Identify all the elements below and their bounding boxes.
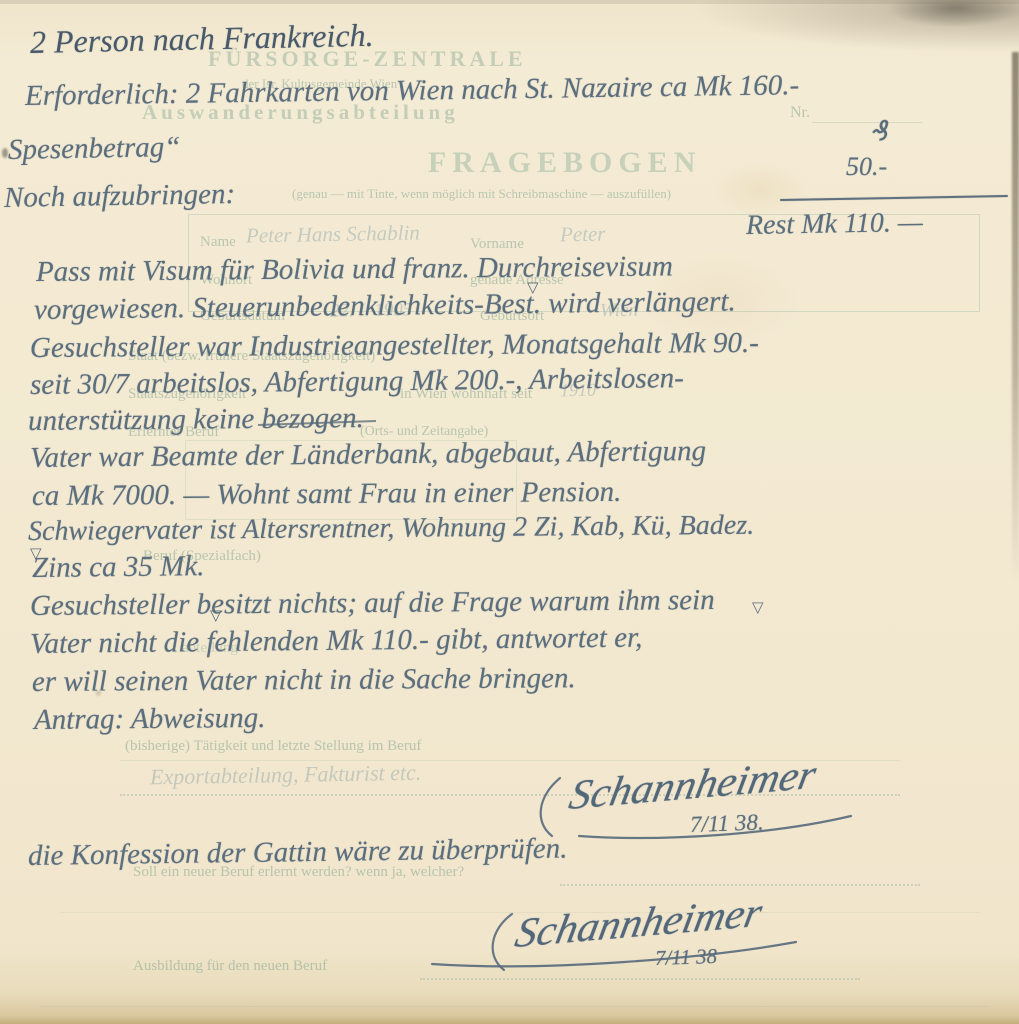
handwritten-body-line: Pass mit Visum für Bolivia und franz. Du… bbox=[36, 250, 673, 289]
signature-2-underline bbox=[428, 938, 800, 970]
handwritten-body-line: Vater nicht die fehlenden Mk 110.- gibt,… bbox=[30, 622, 643, 661]
handwritten-body-line: Gesuchsteller war Industrieangestellter,… bbox=[30, 327, 759, 365]
handwritten-body-line: Schwiegervater ist Altersrentner, Wohnun… bbox=[28, 510, 754, 548]
handwritten-review-note: die Konfession der Gattin wäre zu überpr… bbox=[28, 832, 568, 873]
caret-mark: ▽ bbox=[30, 544, 42, 562]
form-subtitle: (genau — mit Tinte, wenn möglich mit Sch… bbox=[292, 186, 671, 202]
scan-edge-top bbox=[0, 0, 1019, 4]
handwritten-body-line: er will seinen Vater nicht in die Sache … bbox=[32, 662, 576, 699]
signature-1-underline bbox=[575, 812, 855, 842]
scanned-document-page: FÜRSORGE-ZENTRALE der Isr. Kultusgemeind… bbox=[0, 0, 1019, 1024]
handwritten-body-line: Gesuchsteller besitzt nichts; auf die Fr… bbox=[30, 584, 715, 623]
signature-flourish bbox=[528, 770, 568, 840]
signature-1: Schannheimer bbox=[565, 751, 820, 820]
form-name-value: Peter Hans Schablin bbox=[246, 220, 420, 248]
form-nr-label: Nr. bbox=[790, 104, 810, 122]
handwritten-antrag-line: Antrag: Abweisung. bbox=[34, 702, 266, 737]
caret-mark: ▽ bbox=[527, 278, 539, 296]
handwritten-body-line: Zins ca 35 Mk. bbox=[32, 550, 205, 585]
form-ausbildung-label: Ausbildung für den neuen Beruf bbox=[133, 958, 327, 975]
handwritten-item2: Spesenbetrag“ bbox=[8, 131, 181, 167]
caret-mark: ▽ bbox=[210, 606, 222, 624]
handwritten-body-line: ca Mk 7000. — Wohnt samt Frau in einer P… bbox=[32, 476, 622, 513]
sum-underline bbox=[780, 195, 1008, 201]
form-vorname-label: Vorname bbox=[470, 236, 524, 253]
handwritten-destination-note: 2 Person nach Frankreich. bbox=[30, 17, 374, 61]
handwritten-pfennig-sign: ₰ bbox=[872, 114, 890, 147]
form-name-label: Name bbox=[200, 234, 236, 251]
handwritten-amount-50: 50.- bbox=[846, 152, 887, 182]
form-title: FRAGEBOGEN bbox=[428, 146, 701, 180]
caret-mark: ▽ bbox=[752, 598, 764, 616]
scan-edge-right bbox=[1012, 52, 1019, 582]
handwritten-required-line: Erforderlich: 2 Fahrkarten von Wien nach… bbox=[25, 69, 800, 113]
form-taetigkeit-label: (bisherige) Tätigkeit und letzte Stellun… bbox=[125, 738, 421, 755]
handwritten-rest-line: Rest Mk 110. — bbox=[746, 207, 923, 242]
handwritten-body-line: seit 30/7 arbeitslos, Abfertigung Mk 200… bbox=[30, 362, 684, 402]
form-vorname-value: Peter bbox=[560, 222, 606, 248]
handwritten-body-line: Vater war Beamte der Länderbank, abgebau… bbox=[30, 435, 706, 475]
handwritten-raise-label: Noch aufzubringen: bbox=[4, 178, 236, 215]
form-taetigkeit-value: Exportabteilung, Fakturist etc. bbox=[150, 760, 422, 791]
handwritten-body-line: unterstützung keine bezogen. bbox=[28, 402, 364, 438]
